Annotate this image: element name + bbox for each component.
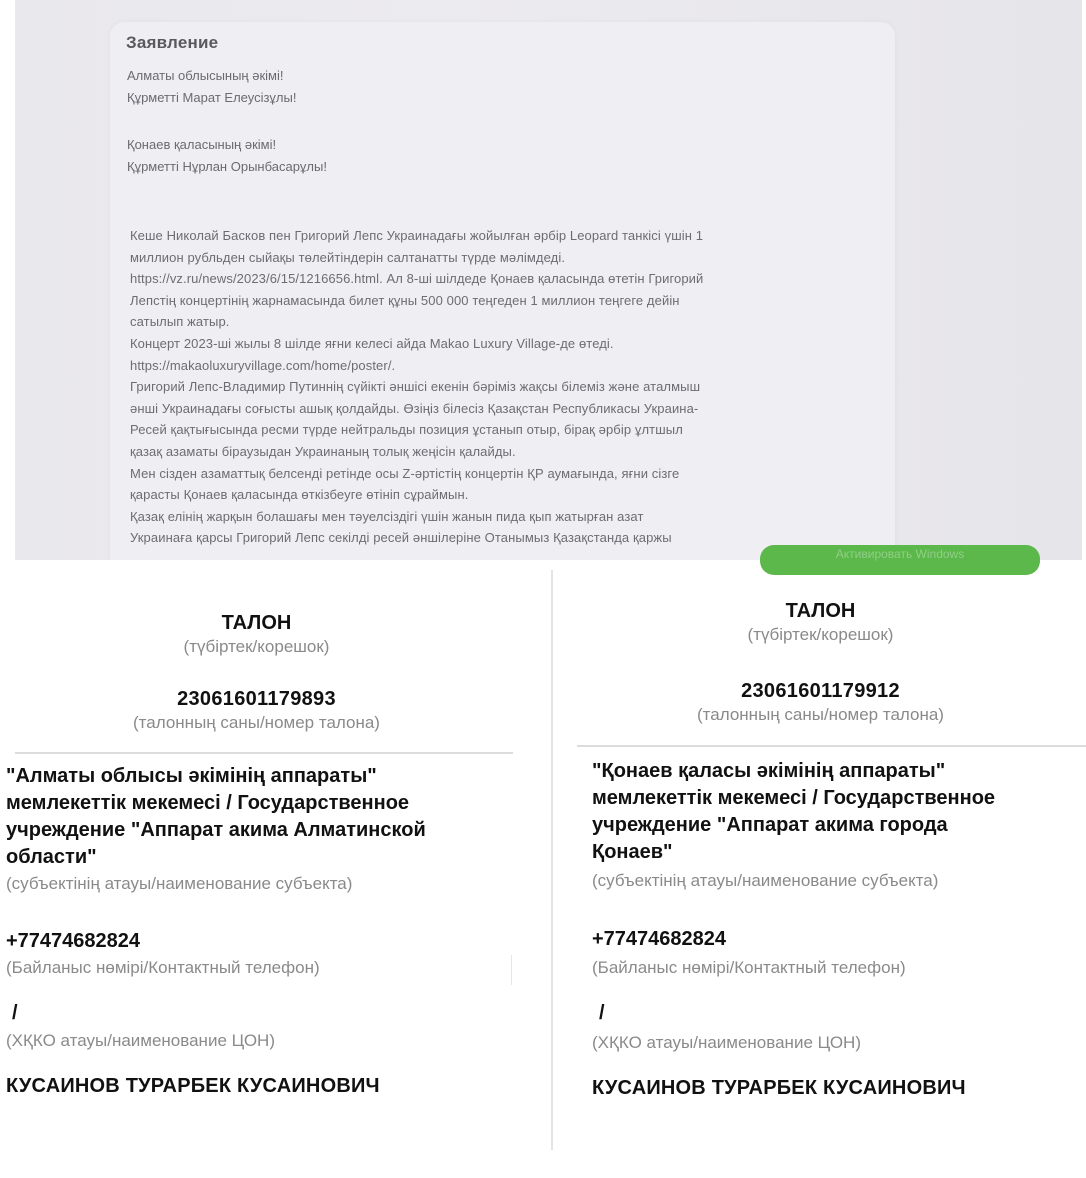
greeting-line: Алматы облысының әкімі! <box>127 65 296 87</box>
body-line: Григорий Лепс-Владимир Путиннің сүйікті … <box>130 376 890 398</box>
applicant-name: КУСАИНОВ ТУРАРБЕК КУСАИНОВИЧ <box>6 1075 380 1098</box>
text-line: мемлекеттік мекемесі / Государственное <box>592 785 995 812</box>
con-label: (ХҚКО атауы/наименование ЦОН) <box>592 1033 861 1053</box>
body-line: https://vz.ru/news/2023/6/15/1216656.htm… <box>130 268 890 290</box>
greeting-line: Құрметті Нұрлан Орынбасарұлы! <box>127 156 327 178</box>
statement-card: Заявление Алматы облысының әкімі! Құрмет… <box>110 22 895 560</box>
ticket-almaty: ТАЛОН (түбіртек/корешок) 23061601179893 … <box>0 570 513 1150</box>
text-line: учреждение "Аппарат акима города <box>592 812 995 839</box>
phone-value: +77474682824 <box>592 928 726 951</box>
ticket-number: 23061601179912 <box>553 680 1086 703</box>
text-line: мемлекеттік мекемесі / Государственное <box>6 790 426 817</box>
statement-title: Заявление <box>126 33 218 53</box>
ticket-title: ТАЛОН <box>553 600 1086 623</box>
organization-name: "Алматы облысы әкімінің аппараты" мемлек… <box>6 763 426 871</box>
organization-name: "Қонаев қаласы әкімінің аппараты" мемлек… <box>592 758 995 866</box>
body-line: сатылып жатыр. <box>130 311 890 333</box>
body-line: Кеше Николай Басков пен Григорий Лепс Ук… <box>130 225 890 247</box>
button-label: Активировать Windows <box>836 547 964 561</box>
greeting-konaev: Қонаев қаласының әкімі! Құрметті Нұрлан … <box>127 134 327 178</box>
ticket-title-sub: (түбіртек/корешок) <box>0 637 513 657</box>
body-line: Мен сізден азаматтық белсенді ретінде ос… <box>130 463 890 485</box>
applicant-name: КУСАИНОВ ТУРАРБЕК КУСАИНОВИЧ <box>592 1077 966 1100</box>
greeting-almaty: Алматы облысының әкімі! Құрметті Марат Е… <box>127 65 296 109</box>
body-line: қарасты Қонаев қаласында өткізбеуге өтін… <box>130 484 890 506</box>
con-value: / <box>599 1002 605 1025</box>
organization-label: (субъектінің атауы/наименование субъекта… <box>592 871 938 891</box>
body-line: әнші Украинадағы соғысты ашық қолдайды. … <box>130 398 890 420</box>
ticket-number-label: (талонның саны/номер талона) <box>0 713 513 733</box>
phone-value: +77474682824 <box>6 930 140 953</box>
divider <box>511 955 512 985</box>
text-line: учреждение "Аппарат акима Алматинской <box>6 817 426 844</box>
statement-photo: Заявление Алматы облысының әкімі! Құрмет… <box>15 0 1082 560</box>
ticket-konaev: ТАЛОН (түбіртек/корешок) 23061601179912 … <box>551 570 1086 1150</box>
body-line: миллион рубльден сыйақы төлейтіндерін са… <box>130 247 890 269</box>
body-line: Концерт 2023-ші жылы 8 шілде яғни келесі… <box>130 333 890 355</box>
con-value: / <box>12 1002 18 1025</box>
phone-label: (Байланыс нөмірі/Контактный телефон) <box>6 958 320 978</box>
body-line: Қазақ елінің жарқын болашағы мен тәуелсі… <box>130 506 890 528</box>
text-line: "Қонаев қаласы әкімінің аппараты" <box>592 758 995 785</box>
text-line: "Алматы облысы әкімінің аппараты" <box>6 763 426 790</box>
phone-label: (Байланыс нөмірі/Контактный телефон) <box>592 958 906 978</box>
statement-body: Кеше Николай Басков пен Григорий Лепс Ук… <box>130 225 890 549</box>
ticket-number-label: (талонның саны/номер талона) <box>553 705 1086 725</box>
greeting-line: Құрметті Марат Елеусізұлы! <box>127 87 296 109</box>
body-line: Ресей қақтығысында ресми түрде нейтральд… <box>130 419 890 441</box>
divider <box>577 745 1086 747</box>
con-label: (ХҚКО атауы/наименование ЦОН) <box>6 1031 275 1051</box>
text-line: Қонаев" <box>592 839 995 866</box>
body-line: қазақ азаматы біраузыдан Украинаның толы… <box>130 441 890 463</box>
greeting-line: Қонаев қаласының әкімі! <box>127 134 327 156</box>
ticket-title: ТАЛОН <box>0 612 513 635</box>
organization-label: (субъектінің атауы/наименование субъекта… <box>6 874 352 894</box>
ticket-title-sub: (түбіртек/корешок) <box>553 625 1086 645</box>
body-line: https://makaoluxuryvillage.com/home/post… <box>130 355 890 377</box>
body-line: Лепстің концертінің жарнамасында билет қ… <box>130 290 890 312</box>
text-line: области" <box>6 844 426 871</box>
ticket-number: 23061601179893 <box>0 688 513 711</box>
divider <box>15 752 513 754</box>
